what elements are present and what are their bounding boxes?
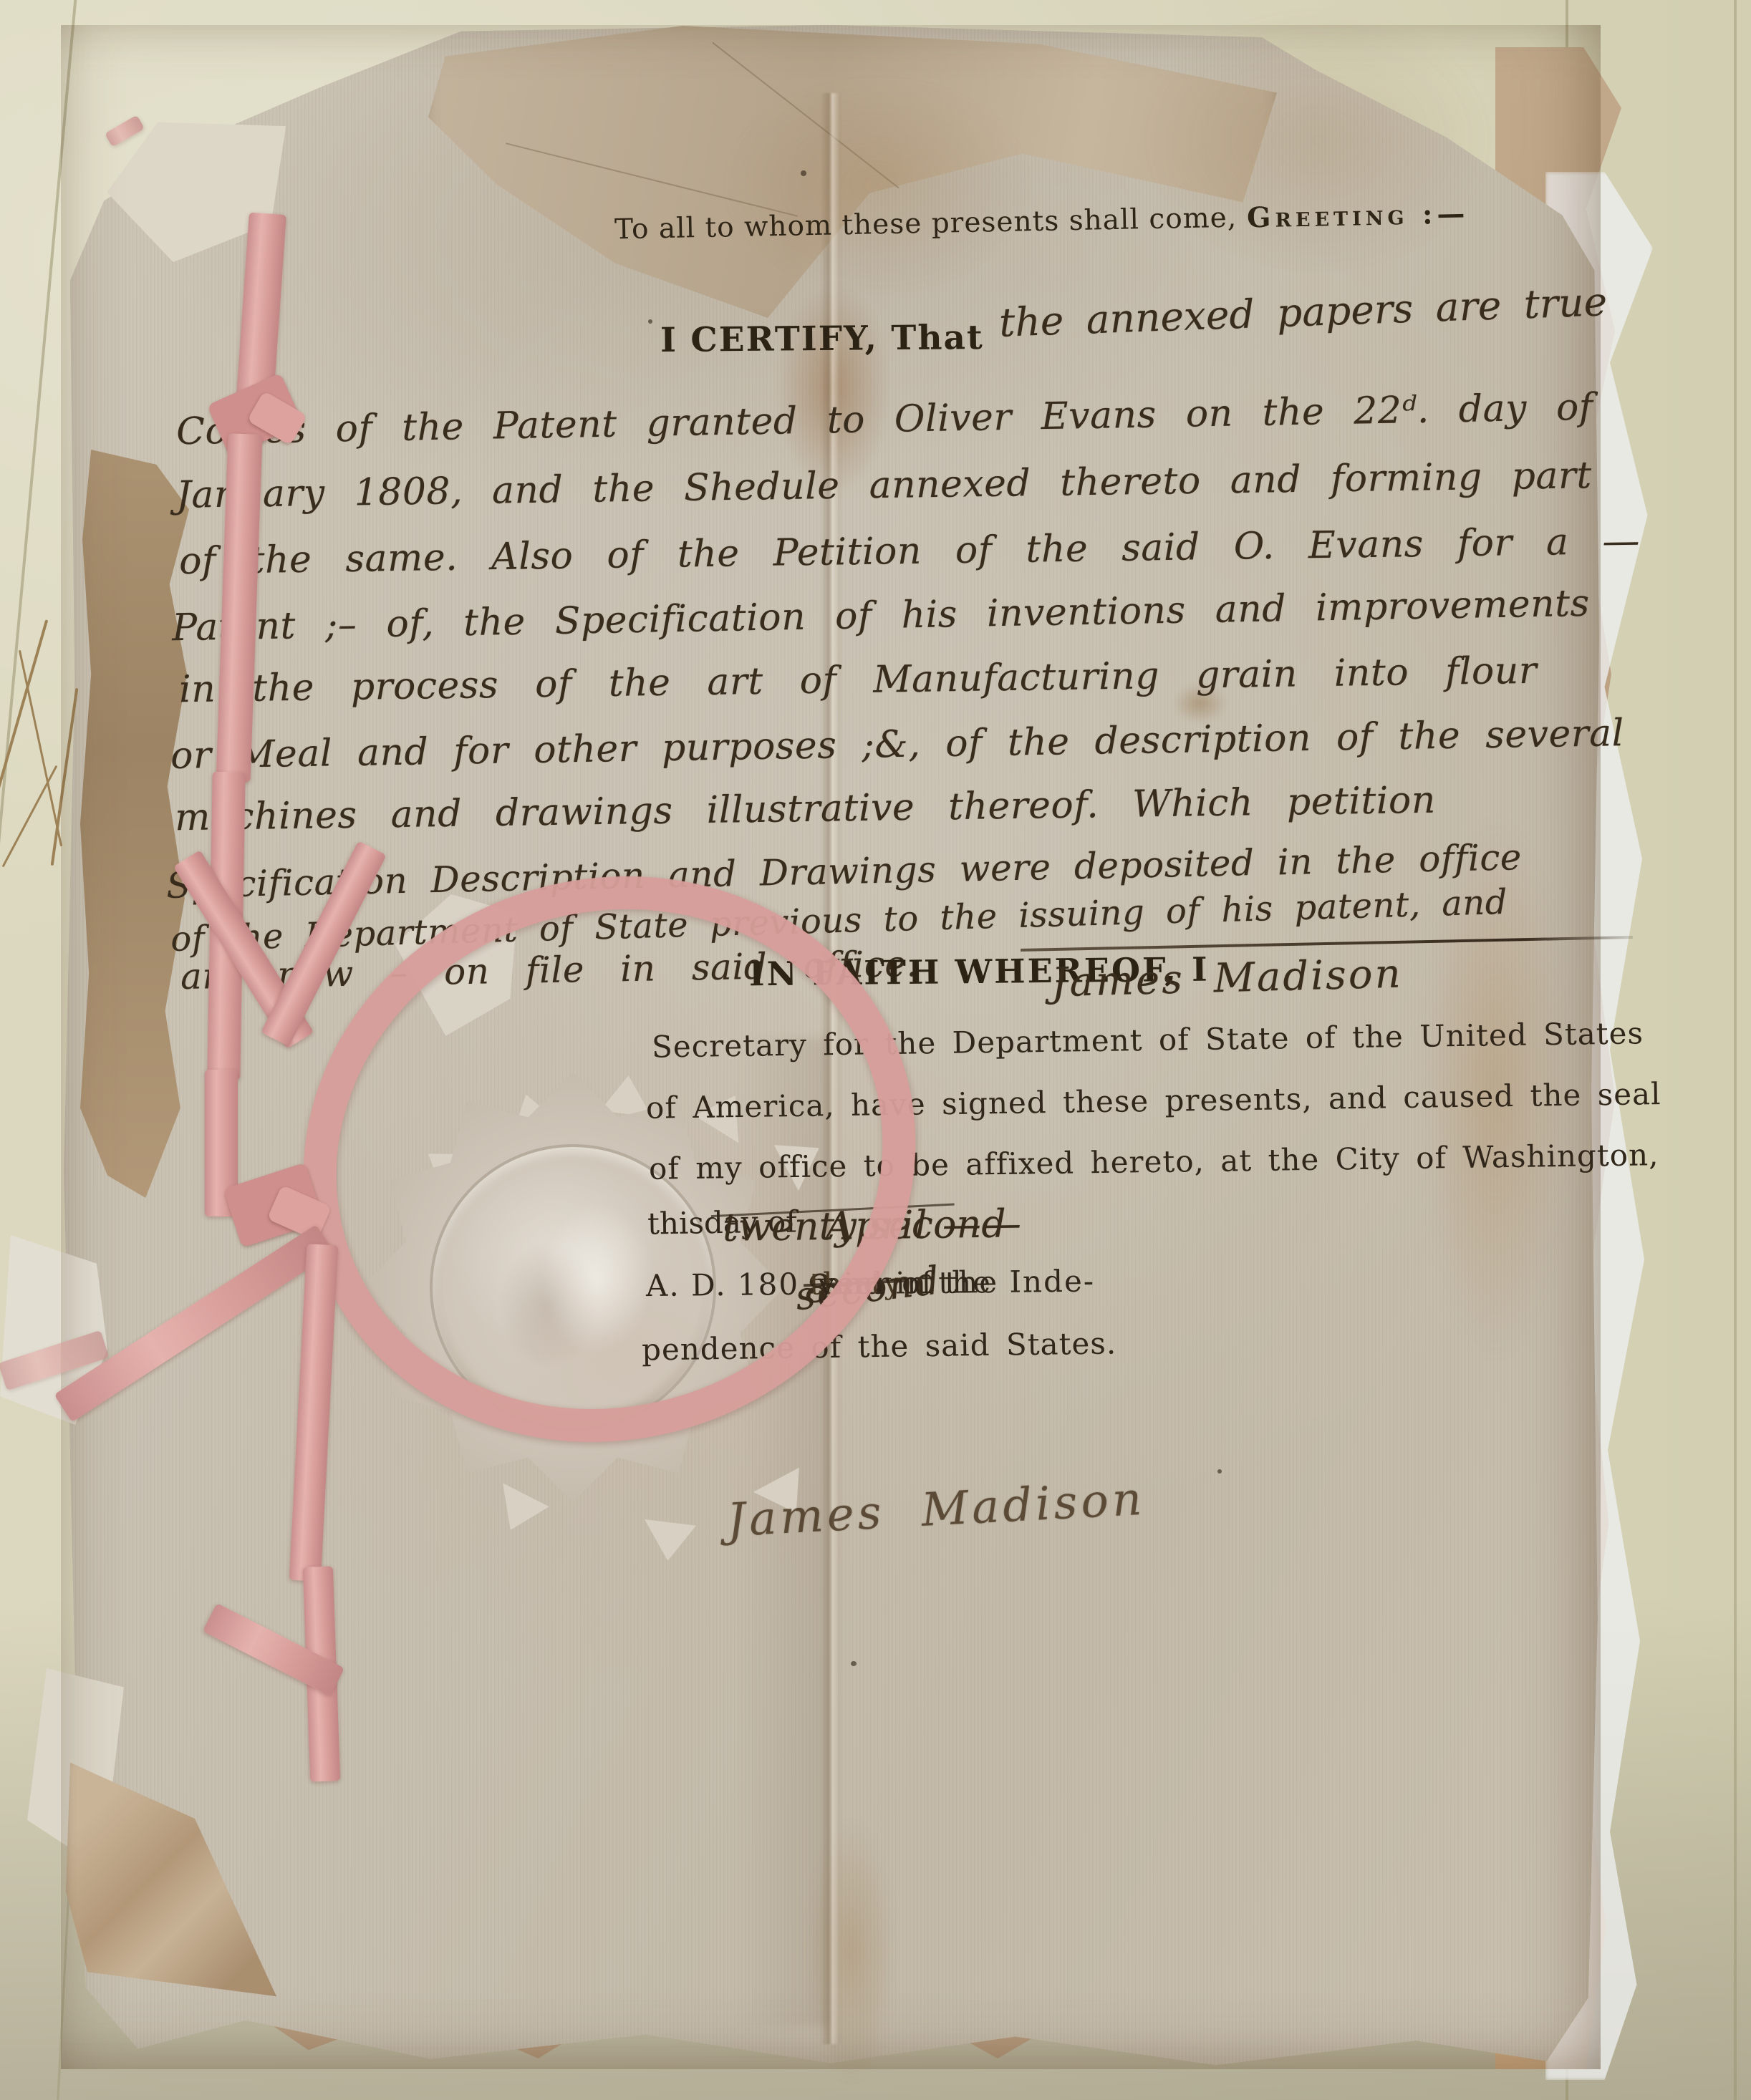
torn-left-margin [80, 450, 189, 1198]
table-seam [1734, 0, 1737, 2100]
ink-speck [801, 170, 806, 176]
certify-label: I CERTIFY, That [660, 318, 984, 360]
signer-name-inline: James Madison [1051, 951, 1403, 1007]
ink-speck [648, 319, 652, 324]
greeting-word: Greeting :— [1247, 197, 1470, 234]
ink-speck [851, 1661, 857, 1666]
photo-of-1808-patent-certificate: To all to whom these presents shall come… [0, 0, 1751, 2100]
ink-speck [1217, 1469, 1222, 1474]
